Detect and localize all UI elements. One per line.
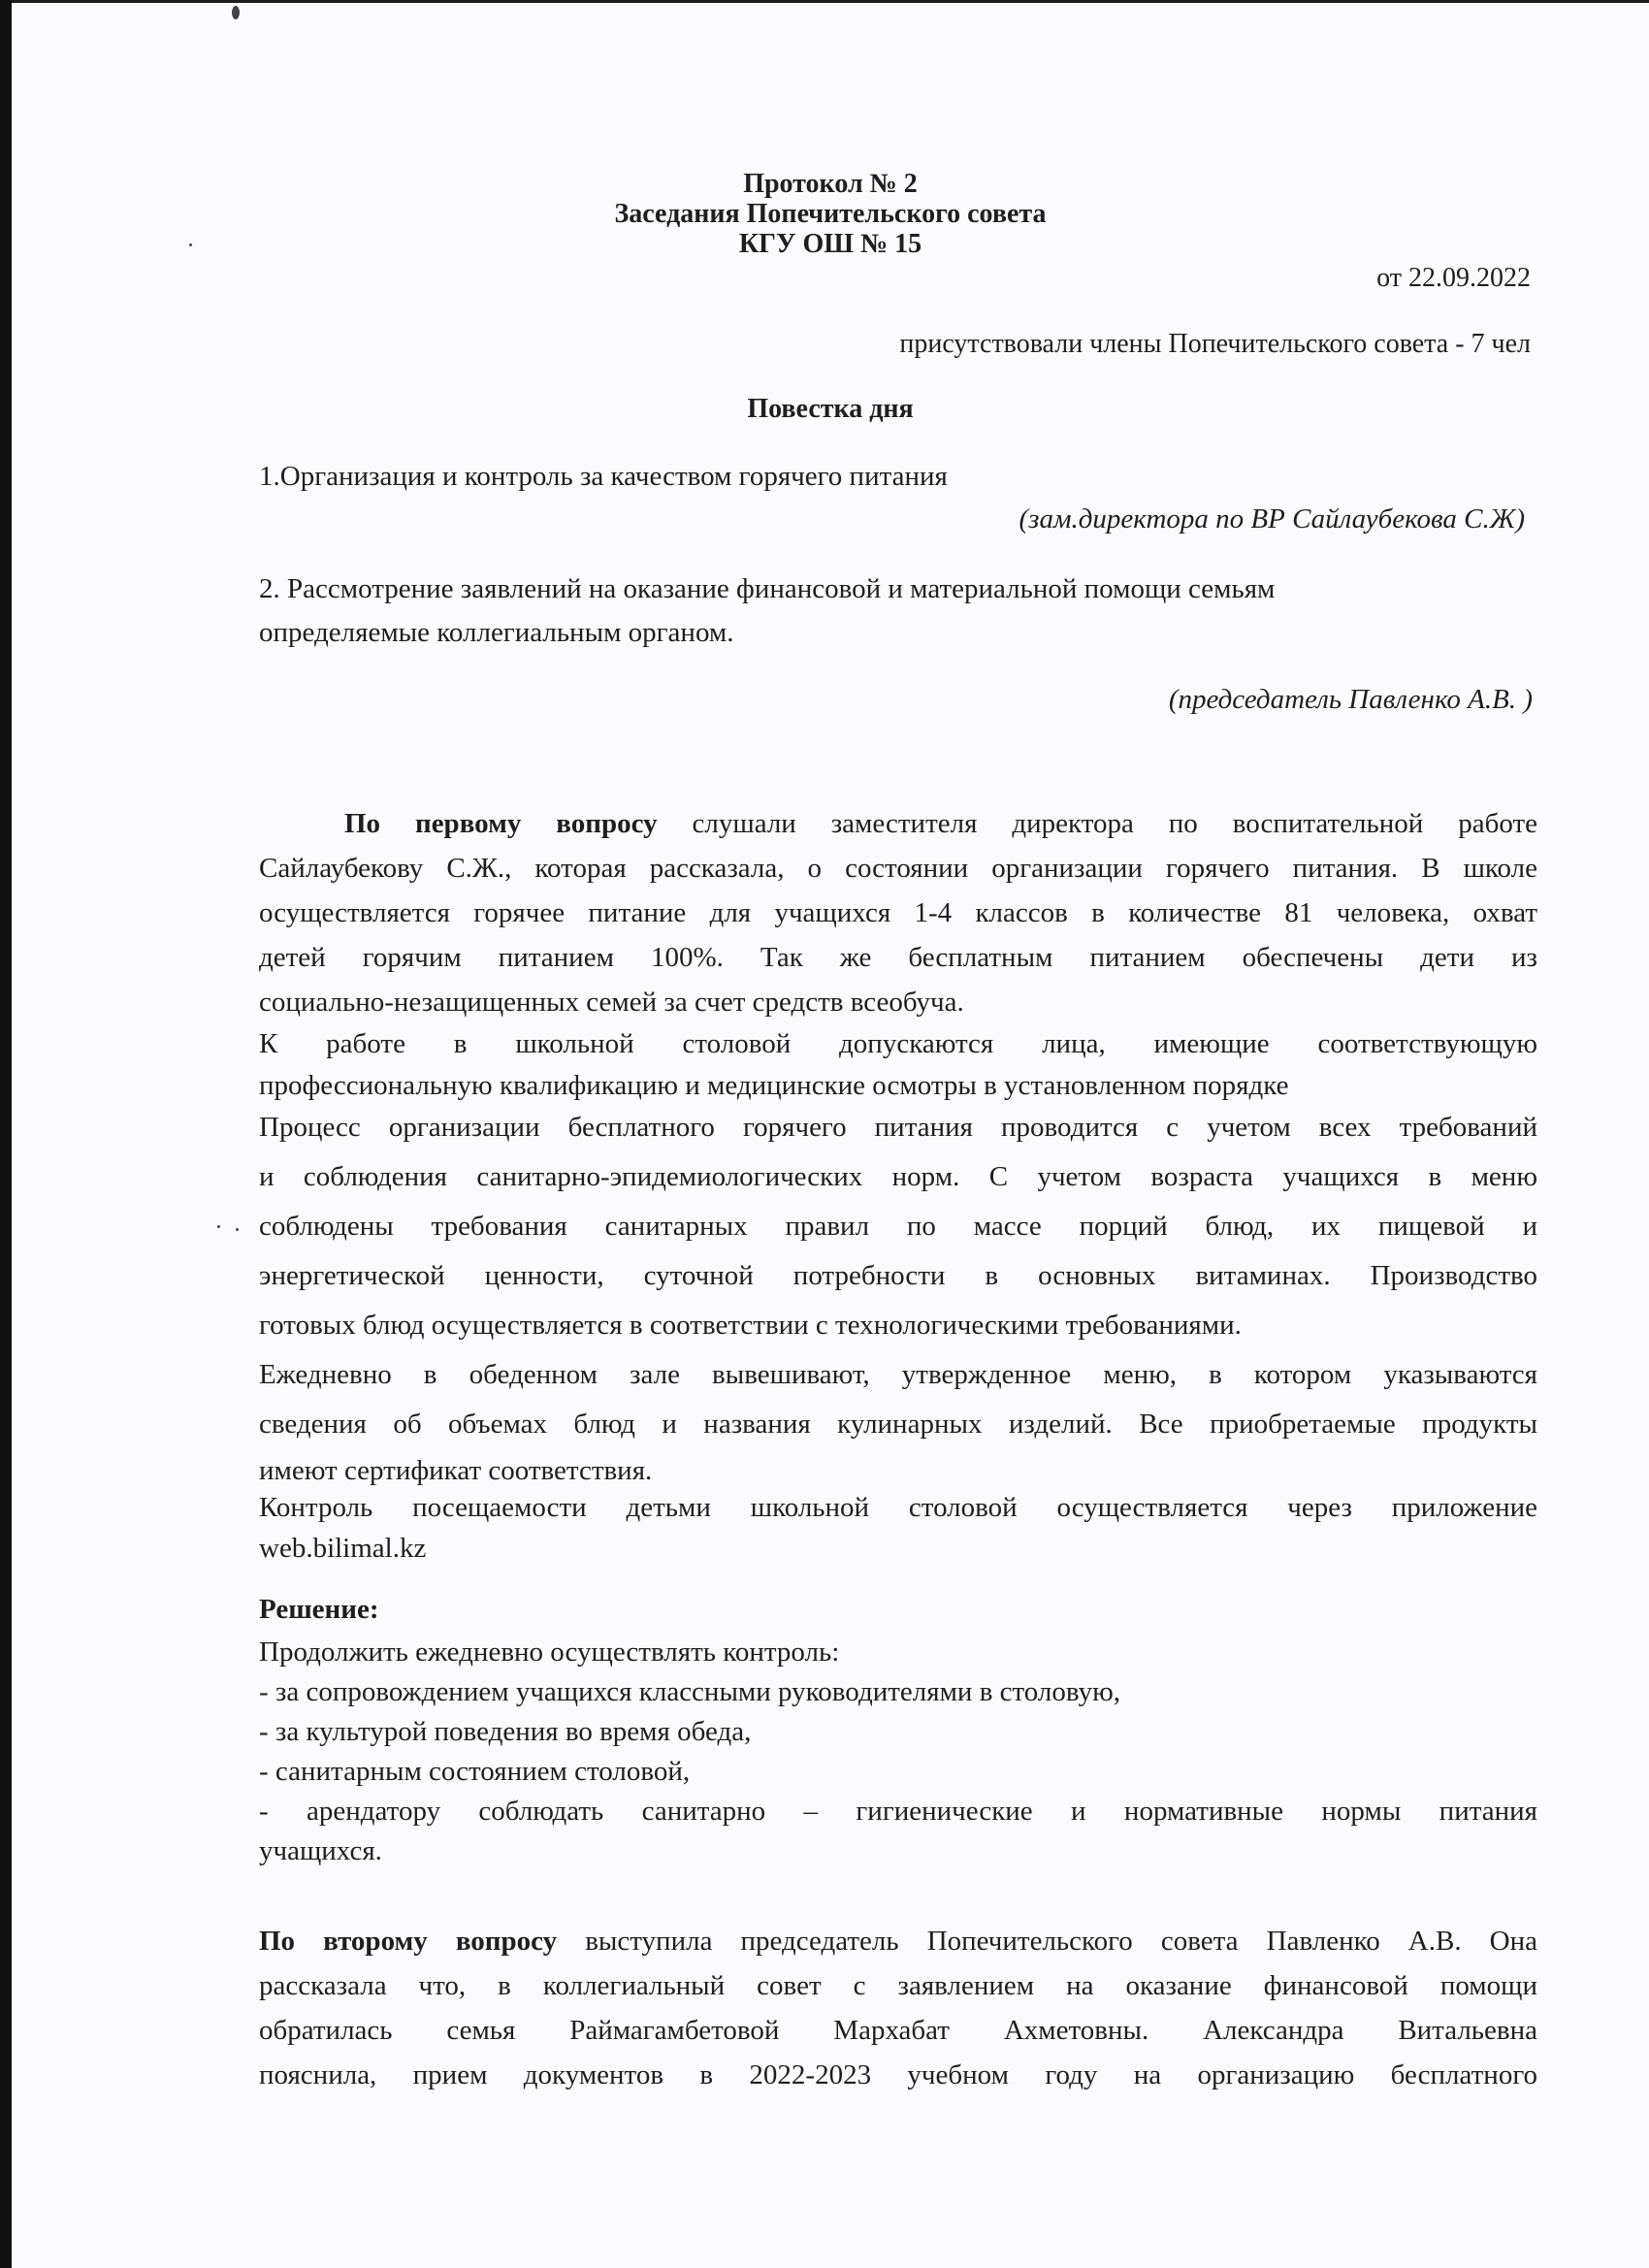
control-line: Контроль посещаемости детьми школьной ст… [259,1487,1537,1528]
web-bilimal-link: web.bilimal.kz [259,1528,1537,1569]
document-page: Протокол № 2 Заседания Попечительского с… [12,3,1649,2268]
decision-item: учащихся. [259,1831,1537,1871]
protocol-title: Протокол № 2 [12,168,1649,201]
agenda-item-2-line1: 2. Рассмотрение заявлений на оказание фи… [259,573,1275,605]
first-question-line: детей горячим питанием 100%. Так же бесп… [259,935,1537,980]
first-question-line: профессиональную квалификацию и медицинс… [259,1063,1537,1108]
agenda-item-1-responsible: (зам.директора по ВР Сайлаубекова С.Ж) [1019,503,1525,535]
first-question-line: Сайлаубекову С.Ж., которая рассказала, о… [259,846,1537,891]
first-question-line: По первому вопросу слушали заместителя д… [259,801,1537,846]
agenda-heading: Повестка дня [12,393,1649,426]
process-line: готовых блюд осуществляется в соответств… [259,1301,1537,1350]
decision-item: - за культурой поведения во время обеда, [259,1712,1537,1752]
second-question-line: По второму вопросу выступила председател… [259,1919,1537,1963]
decision-item: - арендатору соблюдать санитарно – гигие… [259,1792,1537,1831]
decision-heading: Решение: [259,1594,379,1626]
process-line: имеют сертификат соответствия. [259,1449,1537,1492]
agenda-item-1: 1.Организация и контроль за качеством го… [259,461,948,493]
decision-section: Продолжить ежедневно осуществлять контро… [259,1633,1537,1871]
second-question-line: обратилась семья Раймагамбетовой Мархаба… [259,2008,1537,2053]
agenda-item-2-line2: определяемые коллегиальным органом. [259,617,734,649]
process-line: сведения об объемах блюд и названия кули… [259,1400,1537,1449]
process-line: Процесс организации бесплатного горячего… [259,1103,1537,1152]
second-question-line: рассказала что, в коллегиальный совет с … [259,1963,1537,2008]
decision-item: - за сопровождением учащихся классными р… [259,1672,1537,1712]
first-question-section: По первому вопросу слушали заместителя д… [259,801,1537,1108]
scan-speck [236,1228,239,1231]
first-question-line: социально-незащищенных семей за счет сре… [259,980,1537,1024]
second-question-section: По второму вопросу выступила председател… [259,1919,1537,2097]
scan-edge [0,0,12,2268]
first-question-line: осуществляется горячее питание для учащи… [259,891,1537,935]
scan-speck [232,6,240,19]
process-line: энергетической ценности, суточной потреб… [259,1251,1537,1301]
scan-speck [217,1225,220,1228]
attendance-note: присутствовали члены Попечительского сов… [899,329,1531,360]
protocol-date: от 22.09.2022 [1376,263,1531,294]
attendance-control-section: Контроль посещаемости детьми школьной ст… [259,1487,1537,1569]
agenda-item-2-responsible: (председатель Павленко А.В. ) [1169,684,1533,716]
decision-item: - санитарным состоянием столовой, [259,1752,1537,1792]
second-question-lead: По второму вопросу [259,1926,557,1957]
process-line: соблюдены требования санитарных правил п… [259,1202,1537,1251]
process-line: и соблюдения санитарно-эпидемиологически… [259,1152,1537,1202]
decision-intro: Продолжить ежедневно осуществлять контро… [259,1633,1537,1672]
second-question-line: пояснила, прием документов в 2022-2023 у… [259,2053,1537,2097]
first-question-line: К работе в школьной столовой допускаются… [259,1024,1537,1063]
first-question-lead: По первому вопросу [344,808,658,839]
process-line: Ежедневно в обеденном зале вывешивают, у… [259,1350,1537,1400]
organization-name: КГУ ОШ № 15 [12,228,1649,261]
catering-process-section: Процесс организации бесплатного горячего… [259,1103,1537,1492]
protocol-subtitle: Заседания Попечительского совета [12,198,1649,231]
